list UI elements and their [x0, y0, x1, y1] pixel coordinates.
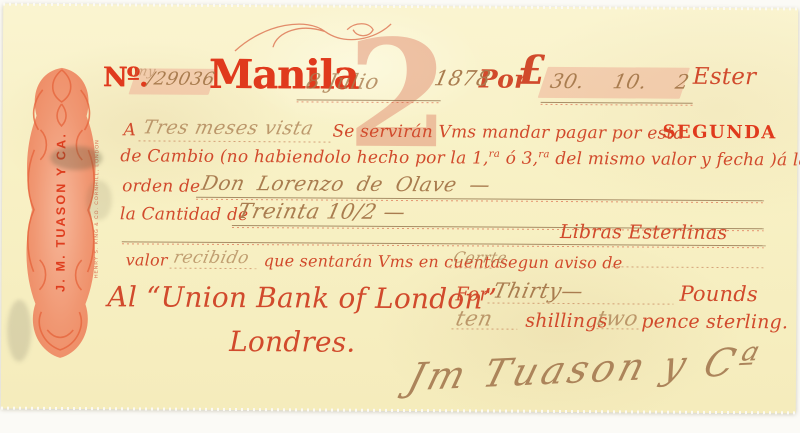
body-line2-c: del mismo valor y fecha )á la — [550, 149, 800, 171]
addressee-city: Londres. — [229, 325, 355, 359]
bill-paper: J. M. TUASON Y CA. HENRY S. KING & CO. C… — [1, 4, 798, 414]
account-handwriting: Corrte — [452, 248, 509, 266]
term-rule — [138, 140, 330, 143]
body-line2-b: ó 3, — [500, 149, 538, 169]
scan-background: { "colors": { "paper": "#f8f1c6", "print… — [0, 0, 800, 433]
body-line2-sup1: ra — [489, 149, 500, 160]
amount-words-handwriting: Treinta 10/2 — — [235, 199, 408, 224]
ester-label: Ester — [693, 64, 757, 90]
bill-number: /29036 — [145, 68, 217, 89]
perforated-edge-bottom — [1, 407, 796, 415]
faint-smudge — [86, 180, 112, 220]
body-line3-pre: orden de — [122, 176, 200, 196]
duplicate-numeral: 2 — [346, 20, 450, 169]
body-line1-main: Se servirán Vms mandar pagar por esta — [332, 122, 683, 144]
pence-label: pence sterling. — [641, 310, 788, 333]
date-rule — [297, 99, 441, 103]
body-line6-post: segun aviso de — [500, 253, 623, 273]
value-handwriting: recibido — [172, 248, 252, 268]
pounds-handwriting: Thirty— — [491, 279, 586, 304]
body-line6-pre: valor — [126, 250, 168, 269]
date-handwriting: 8 Julio — [304, 69, 382, 93]
currency-words: Libras Esterlinas — [560, 221, 728, 244]
body-line2-a: de Cambio (no habiendolo hecho por la 1, — [120, 146, 488, 168]
pence-handwriting: two — [595, 306, 641, 330]
body-line4-pre: la Cantidad de — [120, 204, 249, 225]
body-line1-pre: A — [123, 120, 136, 140]
term-handwriting: Tres meses vista — [141, 116, 316, 139]
body-line2-sup2: ra — [538, 149, 549, 160]
payee-handwriting: Don Lorenzo de Olave — — [200, 171, 494, 197]
for-label: For — [455, 283, 488, 305]
pounds-label: Pounds — [679, 282, 758, 306]
body-line2: de Cambio (no habiendolo hecho por la 1,… — [120, 146, 800, 170]
ink-smudge — [50, 146, 102, 170]
signature-handwriting: Jm Tuason y Cª — [403, 339, 766, 400]
amount-underline — [541, 102, 693, 106]
aviso-rule — [612, 266, 766, 269]
pound-sign: £ — [518, 47, 546, 94]
year-handwriting: 1878 — [432, 66, 493, 90]
amount-figures: 30. 10. 2 — [548, 69, 692, 94]
shillings-handwriting: ten — [454, 306, 495, 330]
addressee-line: Al “Union Bank of London” — [107, 280, 497, 315]
